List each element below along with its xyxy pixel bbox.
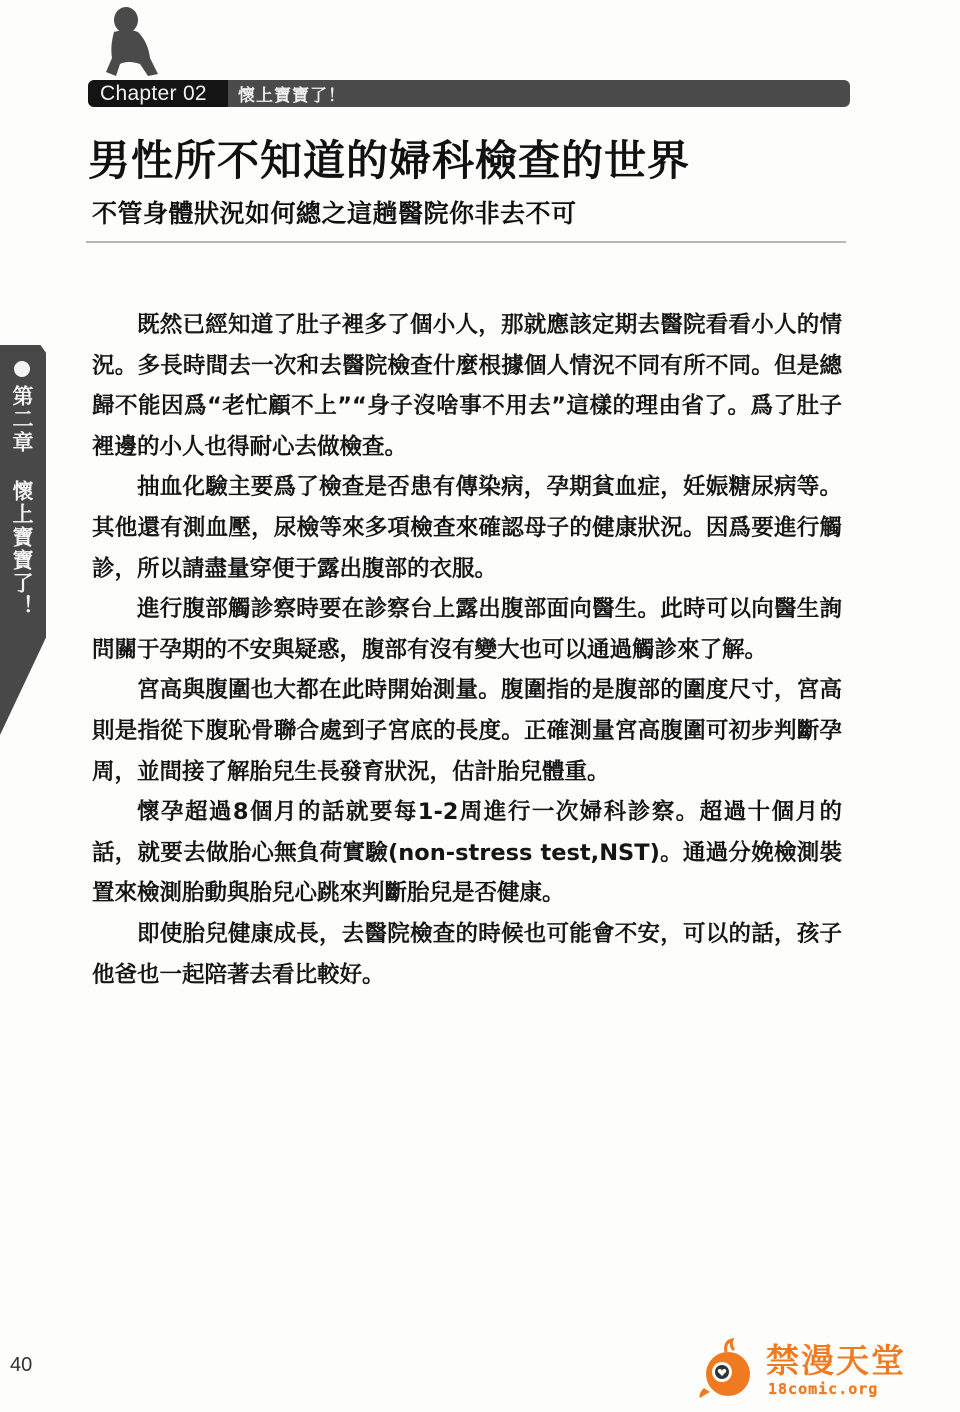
mascot-heart-icon [696, 1338, 760, 1402]
chapter-title: 懷上寶寶了！ [228, 81, 346, 106]
watermark-logo: 禁漫天堂 18comic.org [696, 1334, 926, 1406]
paragraph: 懷孕超過8個月的話就要每1-2周進行一次婦科診察。超過十個月的話，就要去做胎心無… [92, 792, 842, 914]
title-divider [86, 241, 846, 243]
paragraph: 進行腹部觸診察時要在診察台上露出腹部面向醫生。此時可以向醫生詢問關于孕期的不安與… [92, 589, 842, 670]
page-title: 男性所不知道的婦科檢查的世界 [88, 128, 690, 188]
paragraph: 宮高與腹圍也大都在此時開始測量。腹圍指的是腹部的圍度尺寸，宮高則是指從下腹恥骨聯… [92, 670, 842, 792]
baby-silhouette-icon [100, 6, 160, 78]
bullet-dot-icon [14, 361, 30, 377]
article-body: 既然已經知道了肚子裡多了個小人，那就應該定期去醫院看看小人的情況。多長時間去一次… [92, 305, 842, 995]
paragraph: 即使胎兒健康成長，去醫院檢查的時候也可能會不安，可以的話，孩子他爸也一起陪著去看… [92, 914, 842, 995]
page-subtitle: 不管身體狀況如何總之這趟醫院你非去不可 [92, 194, 577, 230]
chapter-header-bar: Chapter 02 懷上寶寶了！ [88, 80, 850, 107]
chapter-number: Chapter 02 [88, 80, 228, 107]
watermark-url: 18comic.org [768, 1380, 878, 1398]
side-tab-label: 第二章 懷上寶寶了！ [10, 385, 34, 618]
watermark-name: 禁漫天堂 [766, 1342, 906, 1380]
paragraph: 抽血化驗主要爲了檢查是否患有傳染病，孕期貧血症，妊娠糖尿病等。其他還有測血壓，尿… [92, 467, 842, 589]
chapter-side-tab: 第二章 懷上寶寶了！ [0, 345, 46, 735]
page-number: 40 [10, 1354, 32, 1377]
paragraph: 既然已經知道了肚子裡多了個小人，那就應該定期去醫院看看小人的情況。多長時間去一次… [92, 305, 842, 467]
